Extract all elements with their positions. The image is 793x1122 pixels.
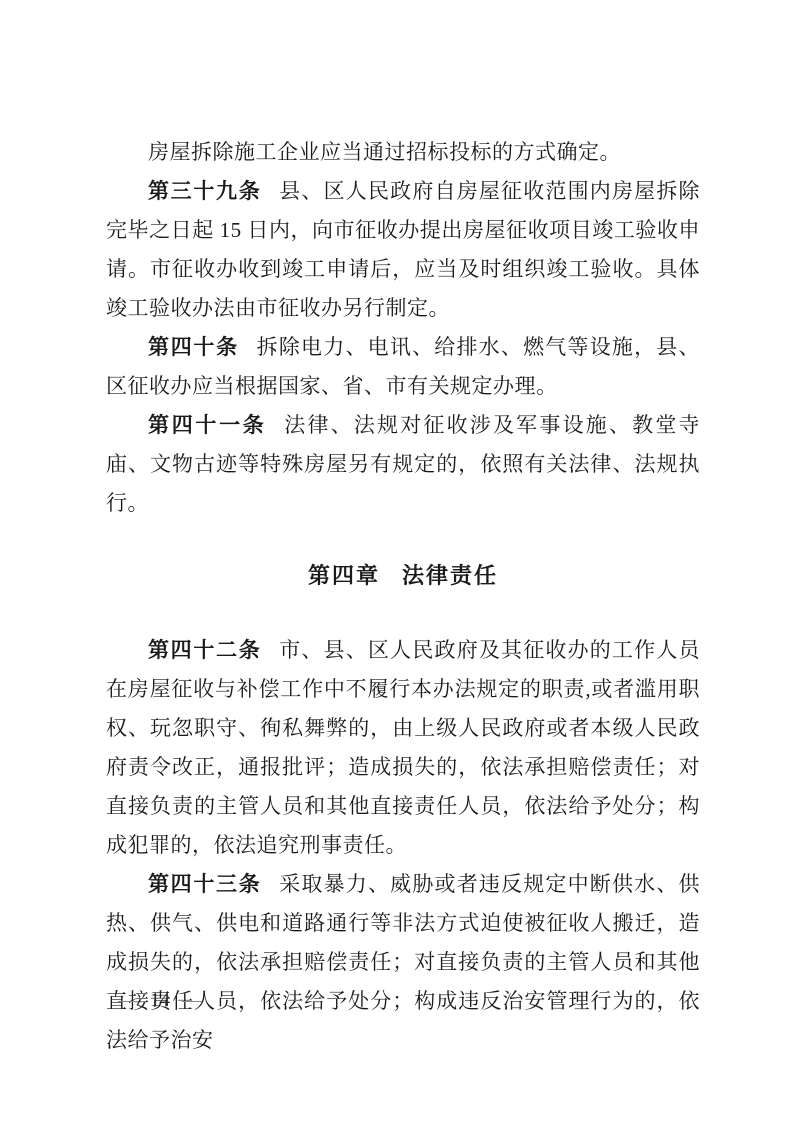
paragraph-article-40: 第四十条拆除电力、电讯、给排水、燃气等设施，县、区征收办应当根据国家、省、市有关… (106, 328, 700, 406)
footer-right-dash: — (182, 989, 202, 1011)
document-content: 房屋拆除施工企业应当通过招标投标的方式确定。 第三十九条县、区人民政府自房屋征收… (106, 133, 700, 1060)
article-number-label: 第四十条 (148, 336, 239, 359)
paragraph-text: 采取暴力、威胁或者违反规定中断供水、供热、供气、供电和道路通行等非法方式迫使被征… (106, 872, 700, 1052)
chapter-number: 第四章 (308, 563, 380, 588)
paragraph-article-39: 第三十九条县、区人民政府自房屋征收范围内房屋拆除完毕之日起 15 日内，向市征收… (106, 172, 700, 328)
page-number: 14 (150, 989, 170, 1011)
page-footer: —14— (118, 989, 202, 1011)
chapter-heading: 第四章法律责任 (106, 561, 700, 591)
paragraph-article-43: 第四十三条采取暴力、威胁或者违反规定中断供水、供热、供气、供电和道路通行等非法方… (106, 865, 700, 1060)
paragraph-article-42: 第四十二条市、县、区人民政府及其征收办的工作人员在房屋征收与补偿工作中不履行本办… (106, 631, 700, 865)
article-number-label: 第四十一条 (148, 414, 266, 437)
article-number-label: 第四十二条 (148, 639, 261, 662)
document-page: 房屋拆除施工企业应当通过招标投标的方式确定。 第三十九条县、区人民政府自房屋征收… (0, 0, 793, 1122)
paragraph-text: 房屋拆除施工企业应当通过招标投标的方式确定。 (148, 140, 621, 164)
article-number-label: 第三十九条 (148, 180, 261, 203)
footer-left-dash: — (118, 989, 138, 1011)
paragraph-text: 市、县、区人民政府及其征收办的工作人员在房屋征收与补偿工作中不履行本办法规定的职… (106, 638, 700, 857)
article-number-label: 第四十三条 (148, 873, 261, 896)
paragraph-article-41: 第四十一条法律、法规对征收涉及军事设施、教堂寺庙、文物古迹等特殊房屋另有规定的，… (106, 406, 700, 523)
chapter-title: 法律责任 (402, 563, 498, 588)
paragraph-continuation: 房屋拆除施工企业应当通过招标投标的方式确定。 (106, 133, 700, 172)
